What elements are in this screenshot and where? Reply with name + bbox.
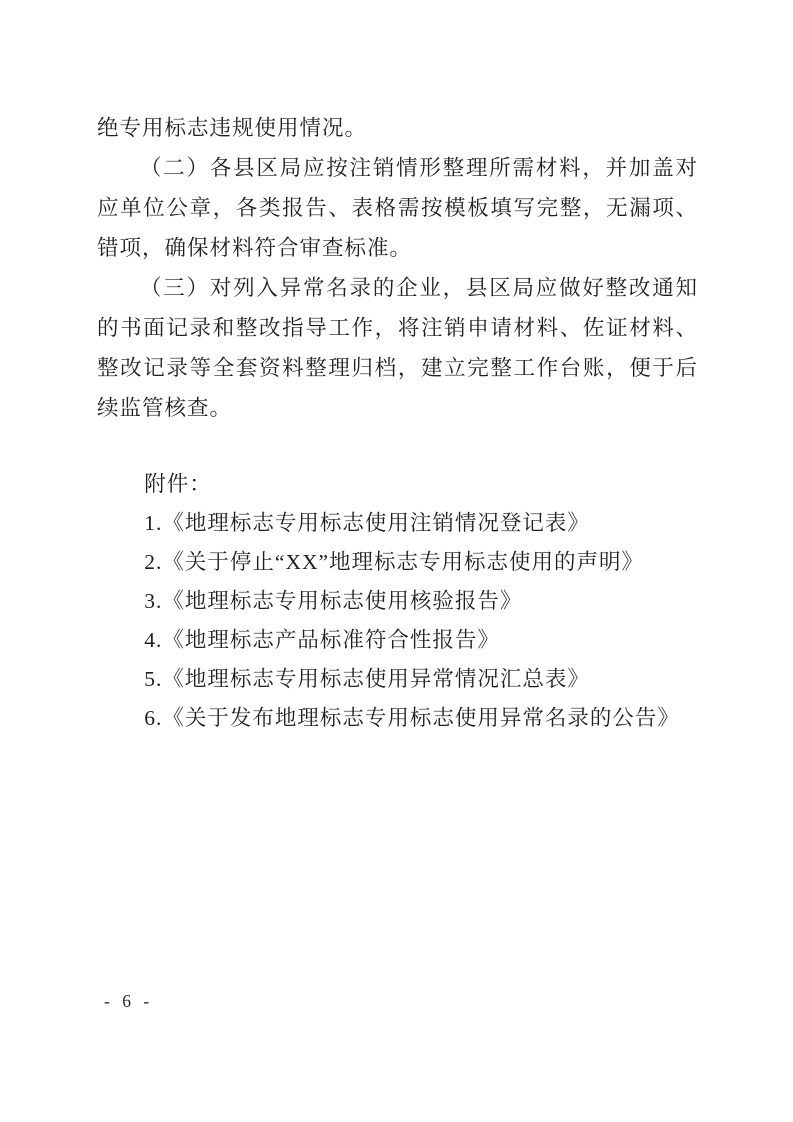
attachments-label: 附件： bbox=[97, 465, 698, 504]
attachment-item-3: 3.《地理标志专用标志使用核验报告》 bbox=[97, 582, 698, 621]
page-number: - 6 - bbox=[104, 991, 153, 1012]
attachment-item-4: 4.《地理标志产品标准符合性报告》 bbox=[97, 621, 698, 660]
attachment-item-5: 5.《地理标志专用标志使用异常情况汇总表》 bbox=[97, 660, 698, 699]
document-body: 绝专用标志违规使用情况。 （二）各县区局应按注销情形整理所需材料，并加盖对应单位… bbox=[97, 108, 698, 738]
document-page: 绝专用标志违规使用情况。 （二）各县区局应按注销情形整理所需材料，并加盖对应单位… bbox=[0, 0, 793, 1122]
paragraph-item-2: （二）各县区局应按注销情形整理所需材料，并加盖对应单位公章，各类报告、表格需按模… bbox=[97, 148, 698, 268]
attachment-item-1: 1.《地理标志专用标志使用注销情况登记表》 bbox=[97, 504, 698, 543]
attachment-item-6: 6.《关于发布地理标志专用标志使用异常名录的公告》 bbox=[97, 699, 698, 738]
paragraph-continuation: 绝专用标志违规使用情况。 bbox=[97, 108, 698, 148]
paragraph-item-3: （三）对列入异常名录的企业，县区局应做好整改通知的书面记录和整改指导工作，将注销… bbox=[97, 268, 698, 428]
attachments-section: 附件： 1.《地理标志专用标志使用注销情况登记表》 2.《关于停止“XX”地理标… bbox=[97, 465, 698, 738]
attachment-item-2: 2.《关于停止“XX”地理标志专用标志使用的声明》 bbox=[97, 543, 698, 582]
